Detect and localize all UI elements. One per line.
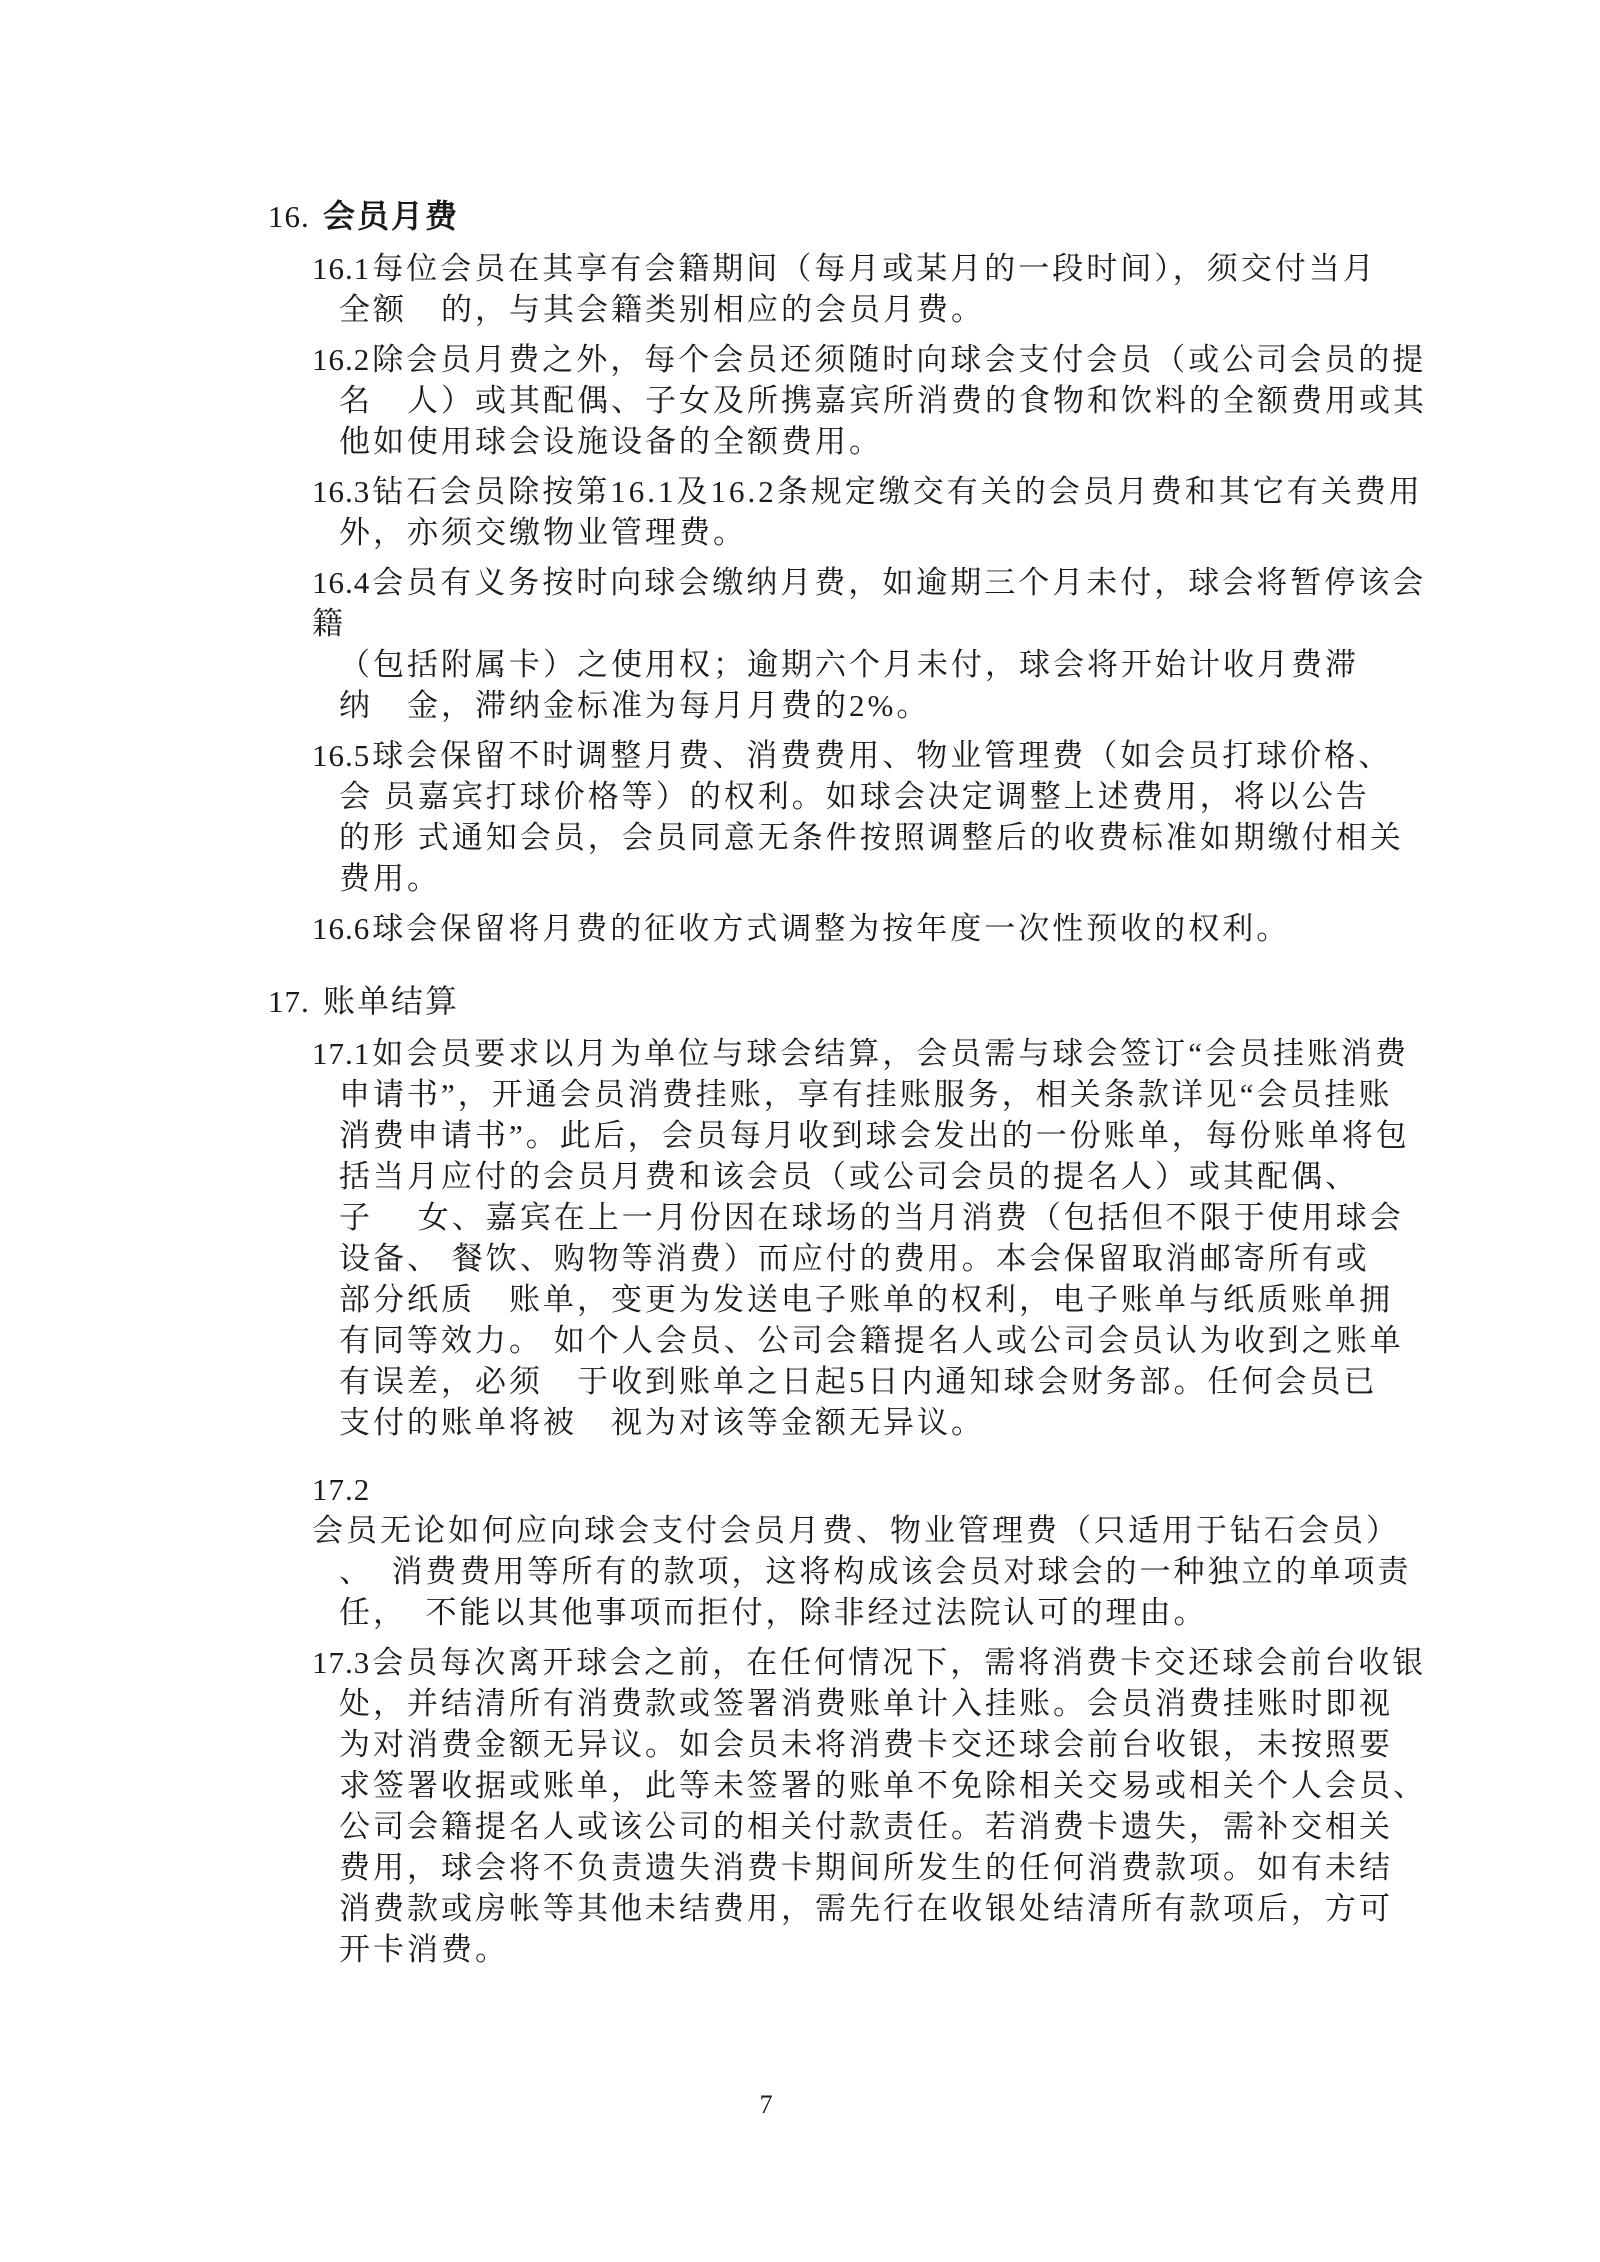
clause-item-17-3: 17.3会员每次离开球会之前，在任何情况下，需将消费卡交还球会前台收银 处，并结… (312, 1642, 1452, 1970)
clause-line: 部分纸质 账单，变更为发送电子账单的权利，电子账单与纸质账单拥 (312, 1279, 1452, 1320)
clause-item-16-2: 16.2除会员月费之外，每个会员还须随时向球会支付会员（或公司会员的提 名 人）… (312, 339, 1452, 462)
clause-line: 公司会籍提名人或该公司的相关付款责任。若消费卡遗失，需补交相关 (312, 1806, 1452, 1847)
clause-text: 每位会员在其享有会籍期间（每月或某月的一段时间），须交付当月 (372, 251, 1377, 286)
clause-item-16-6: 16.6球会保留将月费的征收方式调整为按年度一次性预收的权利。 (312, 908, 1452, 949)
item-number: 16.1 (312, 251, 372, 286)
clause-line: 外，亦须交缴物业管理费。 (312, 512, 1452, 553)
clause-line: 16.3钻石会员除按第16.1及16.2条规定缴交有关的会员月费和其它有关费用 (312, 471, 1452, 512)
clause-line: 消费款或房帐等其他未结费用，需先行在收银处结清所有款项后，方可 (312, 1888, 1452, 1929)
clause-line: 设备、 餐饮、购物等消费）而应付的费用。本会保留取消邮寄所有或 (312, 1238, 1452, 1279)
item-number: 16.5 (312, 738, 372, 773)
clause-line: 费用。 (312, 858, 1452, 899)
clause-item-17-2: 17.2会员无论如何应向球会支付会员月费、物业管理费（只适用于钻石会员） 、 消… (312, 1469, 1452, 1633)
clause-line: 申请书”，开通会员消费挂账，享有挂账服务，相关条款详见“会员挂账 (312, 1074, 1452, 1115)
clause-line: 任， 不能以其他事项而拒付，除非经过法院认可的理由。 (312, 1592, 1452, 1633)
clause-item-16-1: 16.1每位会员在其享有会籍期间（每月或某月的一段时间），须交付当月 全额 的，… (312, 248, 1452, 330)
section-17-heading: 17.账单结算 (268, 979, 1452, 1024)
clause-line: 、 消费费用等所有的款项，这将构成该会员对球会的一种独立的单项责 (312, 1551, 1452, 1592)
clause-line: 为对消费金额无异议。如会员未将消费卡交还球会前台收银，未按照要 (312, 1724, 1452, 1765)
section-title: 会员月费 (323, 198, 459, 234)
item-number: 16.6 (312, 911, 372, 946)
clause-line: 17.3会员每次离开球会之前，在任何情况下，需将消费卡交还球会前台收银 (312, 1642, 1452, 1683)
clause-line: 有误差，必须 于收到账单之日起5日内通知球会财务部。任何会员已 (312, 1361, 1452, 1402)
clause-text: 球会保留将月费的征收方式调整为按年度一次性预收的权利。 (372, 911, 1290, 946)
clause-text: 会员有义务按时向球会缴纳月费，如逾期三个月未付，球会将暂停该会籍 (312, 565, 1426, 641)
clause-line: 17.2会员无论如何应向球会支付会员月费、物业管理费（只适用于钻石会员） (312, 1469, 1452, 1551)
clause-text: 球会保留不时调整月费、消费费用、物业管理费（如会员打球价格、 (372, 738, 1392, 773)
clause-line: 16.5球会保留不时调整月费、消费费用、物业管理费（如会员打球价格、 (312, 735, 1452, 776)
clause-item-16-3: 16.3钻石会员除按第16.1及16.2条规定缴交有关的会员月费和其它有关费用 … (312, 471, 1452, 553)
clause-item-16-5: 16.5球会保留不时调整月费、消费费用、物业管理费（如会员打球价格、 会 员嘉宾… (312, 735, 1452, 899)
clause-line: 括当月应付的会员月费和该会员（或公司会员的提名人）或其配偶、 (312, 1156, 1452, 1197)
document-content: 16.会员月费 16.1每位会员在其享有会籍期间（每月或某月的一段时间），须交付… (0, 194, 1452, 1970)
clause-text: 如会员要求以月为单位与球会结算，会员需与球会签订“会员挂账消费 (372, 1036, 1409, 1071)
clause-line: 17.1如会员要求以月为单位与球会结算，会员需与球会签订“会员挂账消费 (312, 1033, 1452, 1074)
clause-item-17-1: 17.1如会员要求以月为单位与球会结算，会员需与球会签订“会员挂账消费 申请书”… (312, 1033, 1452, 1443)
clause-line: 费用，球会将不负责遗失消费卡期间所发生的任何消费款项。如有未结 (312, 1847, 1452, 1888)
clause-line: 求签署收据或账单，此等未签署的账单不免除相关交易或相关个人会员、 (312, 1765, 1452, 1806)
section-number: 17. (268, 980, 323, 1024)
item-number: 16.2 (312, 342, 372, 377)
item-number: 16.3 (312, 474, 372, 509)
clause-line: 16.2除会员月费之外，每个会员还须随时向球会支付会员（或公司会员的提 (312, 339, 1452, 380)
clause-text: 会员每次离开球会之前，在任何情况下，需将消费卡交还球会前台收银 (372, 1645, 1426, 1680)
document-page: 16.会员月费 16.1每位会员在其享有会籍期间（每月或某月的一段时间），须交付… (0, 0, 1600, 2262)
section-16-heading: 16.会员月费 (268, 194, 1452, 239)
item-number: 17.1 (312, 1036, 372, 1071)
clause-line: 会 员嘉宾打球价格等）的权利。如球会决定调整上述费用，将以公告 (312, 776, 1452, 817)
clause-line: 开卡消费。 (312, 1929, 1452, 1970)
clause-line: 16.6球会保留将月费的征收方式调整为按年度一次性预收的权利。 (312, 908, 1452, 949)
clause-line: 纳 金，滞纳金标准为每月月费的2%。 (312, 685, 1452, 726)
clause-line: 消费申请书”。此后，会员每月收到球会发出的一份账单，每份账单将包 (312, 1115, 1452, 1156)
clause-line: 16.4会员有义务按时向球会缴纳月费，如逾期三个月未付，球会将暂停该会籍 (312, 562, 1452, 644)
clause-line: 全额 的，与其会籍类别相应的会员月费。 (312, 289, 1452, 330)
clause-text: 钻石会员除按第16.1及16.2条规定缴交有关的会员月费和其它有关费用 (372, 474, 1423, 509)
clause-line: 他如使用球会设施设备的全额费用。 (312, 421, 1452, 462)
page-number: 7 (0, 2090, 1532, 2120)
clause-text: 除会员月费之外，每个会员还须随时向球会支付会员（或公司会员的提 (372, 342, 1426, 377)
clause-line: 名 人）或其配偶、子女及所携嘉宾所消费的食物和饮料的全额费用或其 (312, 380, 1452, 421)
section-17: 17.账单结算 17.1如会员要求以月为单位与球会结算，会员需与球会签订“会员挂… (0, 979, 1452, 1970)
clause-text: 会员无论如何应向球会支付会员月费、物业管理费（只适用于钻石会员） (312, 1513, 1400, 1548)
clause-line: 支付的账单将被 视为对该等金额无异议。 (312, 1402, 1452, 1443)
clause-line: 的形 式通知会员，会员同意无条件按照调整后的收费标准如期缴付相关 (312, 817, 1452, 858)
clause-line: 子 女、嘉宾在上一月份因在球场的当月消费（包括但不限于使用球会 (312, 1197, 1452, 1238)
clause-line: 有同等效力。 如个人会员、公司会籍提名人或公司会员认为收到之账单 (312, 1320, 1452, 1361)
section-number: 16. (268, 195, 323, 239)
item-number: 17.2 (312, 1472, 372, 1507)
item-number: 16.4 (312, 565, 372, 600)
section-16: 16.会员月费 16.1每位会员在其享有会籍期间（每月或某月的一段时间），须交付… (0, 194, 1452, 949)
clause-line: 处，并结清所有消费款或签署消费账单计入挂账。会员消费挂账时即视 (312, 1683, 1452, 1724)
section-title: 账单结算 (323, 983, 459, 1019)
clause-line: 16.1每位会员在其享有会籍期间（每月或某月的一段时间），须交付当月 (312, 248, 1452, 289)
clause-line: （包括附属卡）之使用权；逾期六个月未付，球会将开始计收月费滞 (312, 644, 1452, 685)
item-number: 17.3 (312, 1645, 372, 1680)
clause-item-16-4: 16.4会员有义务按时向球会缴纳月费，如逾期三个月未付，球会将暂停该会籍 （包括… (312, 562, 1452, 726)
